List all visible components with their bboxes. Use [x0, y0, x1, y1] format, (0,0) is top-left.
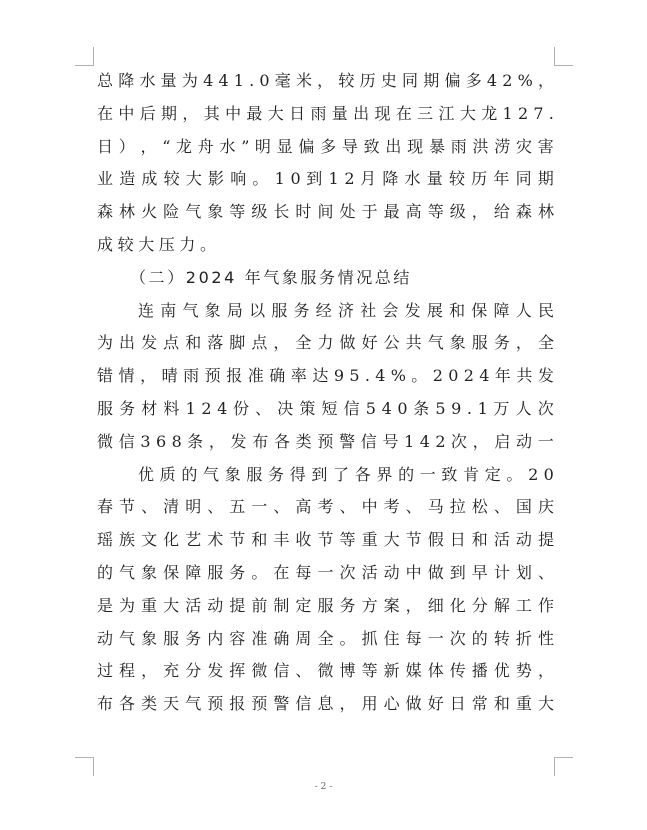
crop-mark-top-left — [75, 47, 94, 66]
text-line: 总 降 水 量 为 4 4 1 . 0 毫 米 ， 较 历 史 同 期 偏 多 … — [97, 65, 554, 98]
document-body: 总 降 水 量 为 4 4 1 . 0 毫 米 ， 较 历 史 同 期 偏 多 … — [97, 65, 554, 721]
text-line: 连 南 气 象 局 以 服 务 经 济 社 会 发 展 和 保 障 人 民 生 … — [97, 295, 554, 328]
text-line: 过 程 ， 充 分 发 挥 微 信 、 微 博 等 新 媒 体 传 播 优 势 … — [97, 655, 554, 688]
text-line: 春 节 、 清 明 、 五 一 、 高 考 、 中 考 、 马 拉 松 、 国 … — [97, 491, 554, 524]
text-line: 优 质 的 气 象 服 务 得 到 了 各 界 的 一 致 肯 定 。 2 0 … — [97, 459, 554, 492]
document-page: 总 降 水 量 为 4 4 1 . 0 毫 米 ， 较 历 史 同 期 偏 多 … — [0, 0, 647, 830]
text-line: 动 气 象 服 务 内 容 准 确 周 全 。 抓 住 每 一 次 的 转 折 … — [97, 623, 554, 656]
text-line: 成较大压力。 — [97, 229, 554, 262]
text-line: 森 林 火 险 气 象 等 级 长 时 间 处 于 最 高 等 级 ， 给 森 … — [97, 196, 554, 229]
page-number: - 2 - — [0, 782, 647, 792]
crop-mark-top-right — [554, 47, 573, 66]
section-heading: （二）2024 年气象服务情况总结 — [97, 262, 554, 295]
text-line: 服 务 材 料 1 2 4 份 、 决 策 短 信 5 4 0 条 5 9 . … — [97, 393, 554, 426]
text-line: 日 ） ， “ 龙 舟 水 ” 明 显 偏 多 导 致 出 现 暴 雨 洪 涝 … — [97, 131, 554, 164]
crop-mark-bottom-right — [554, 757, 573, 776]
text-line: 业 造 成 较 大 影 响 。 1 0 到 1 2 月 降 水 量 较 历 年 … — [97, 163, 554, 196]
text-line: 错 情 ， 晴 雨 预 报 准 确 率 达 9 5 . 4 % 。 2 0 2 … — [97, 360, 554, 393]
text-line: 微 信 3 6 8 条 ， 发 布 各 类 预 警 信 号 1 4 2 次 ， … — [97, 426, 554, 459]
crop-mark-bottom-left — [75, 757, 94, 776]
text-line: 瑶 族 文 化 艺 术 节 和 丰 收 节 等 重 大 节 假 日 和 活 动 … — [97, 524, 554, 557]
text-line: 是 为 重 大 活 动 提 前 制 定 服 务 方 案 ， 细 化 分 解 工 … — [97, 590, 554, 623]
text-line: 布 各 类 天 气 预 报 预 警 信 息 ， 用 心 做 好 日 常 和 重 … — [97, 688, 554, 721]
text-line: 在 中 后 期 ， 其 中 最 大 日 雨 量 出 现 在 三 江 大 龙 1 … — [97, 98, 554, 131]
text-line: 为 出 发 点 和 落 脚 点 ， 全 力 做 好 公 共 气 象 服 务 ， … — [97, 327, 554, 360]
text-line: 的 气 象 保 障 服 务 。 在 每 一 次 活 动 中 做 到 早 计 划 … — [97, 557, 554, 590]
